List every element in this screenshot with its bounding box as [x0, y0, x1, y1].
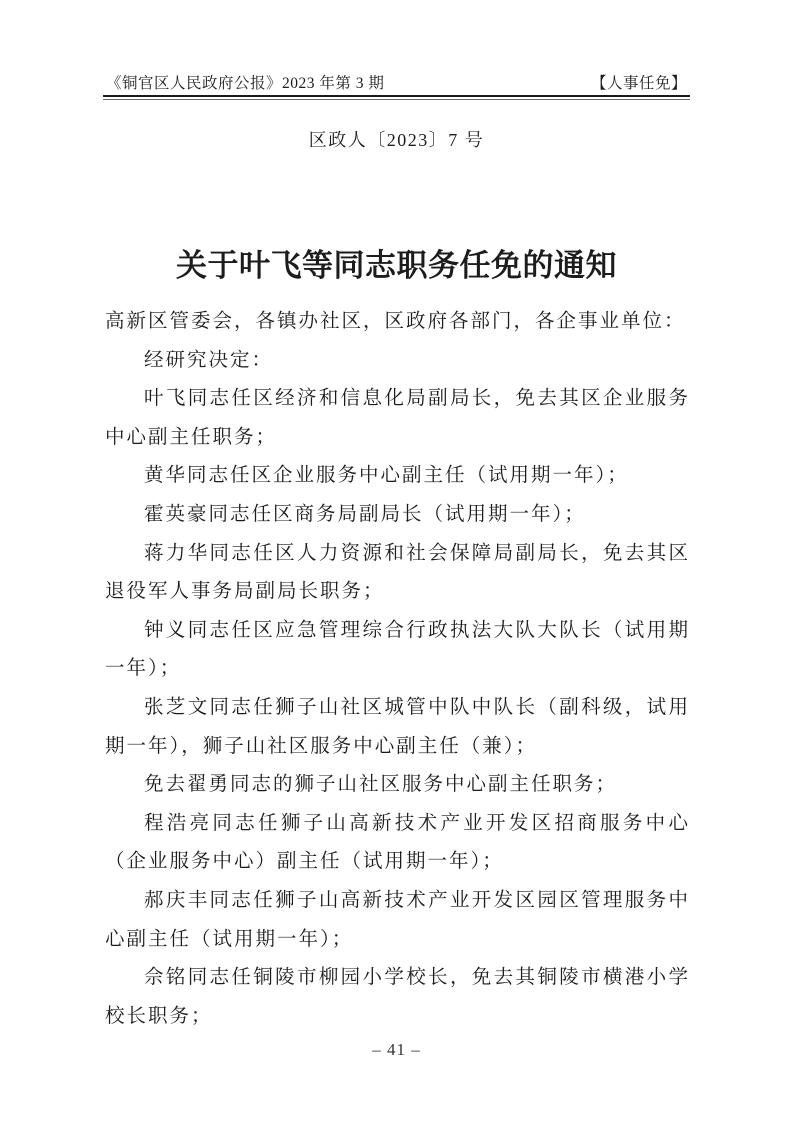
body-paragraph: 程浩亮同志任狮子山高新技术产业开发区招商服务中心（企业服务中心）副主任（试用期一… [105, 805, 690, 882]
salutation-line: 高新区管委会，各镇办社区，区政府各部门，各企事业单位： [105, 303, 690, 342]
body-paragraph: 黄华同志任区企业服务中心副主任（试用期一年）； [105, 457, 690, 496]
body-paragraph: 钟义同志任区应急管理综合行政执法大队大队长（试用期一年）； [105, 612, 690, 689]
header-section-tag: 【人事任免】 [591, 71, 687, 93]
header-divider-rule [103, 95, 690, 100]
body-paragraph: 张芝文同志任狮子山社区城管中队中队长（副科级，试用期一年），狮子山社区服务中心副… [105, 689, 690, 766]
body-paragraph: 叶飞同志任区经济和信息化局副局长，免去其区企业服务中心副主任职务； [105, 380, 690, 457]
notice-body: 高新区管委会，各镇办社区，区政府各部门，各企事业单位： 经研究决定： 叶飞同志任… [105, 303, 690, 1036]
document-number: 区政人〔2023〕7 号 [0, 126, 793, 152]
gazette-page: 《铜官区人民政府公报》2023 年第 3 期 【人事任免】 区政人〔2023〕7… [0, 0, 793, 1122]
header-publication-title: 《铜官区人民政府公报》2023 年第 3 期 [106, 71, 384, 93]
body-paragraph: 霍英豪同志任区商务局副局长（试用期一年）； [105, 496, 690, 535]
notice-title: 关于叶飞等同志职务任免的通知 [0, 240, 793, 285]
body-paragraph: 佘铭同志任铜陵市柳园小学校长，免去其铜陵市横港小学校长职务； [105, 959, 690, 1036]
body-paragraph: 蒋力华同志任区人力资源和社会保障局副局长，免去其区退役军人事务局副局长职务； [105, 535, 690, 612]
page-header: 《铜官区人民政府公报》2023 年第 3 期 【人事任免】 [106, 71, 687, 93]
body-paragraph: 经研究决定： [105, 342, 690, 381]
page-number: – 41 – [372, 1040, 421, 1059]
body-paragraph: 郝庆丰同志任狮子山高新技术产业开发区园区管理服务中心副主任（试用期一年）； [105, 882, 690, 959]
body-paragraph: 免去翟勇同志的狮子山社区服务中心副主任职务； [105, 766, 690, 805]
page-footer: – 41 – [0, 1040, 793, 1060]
